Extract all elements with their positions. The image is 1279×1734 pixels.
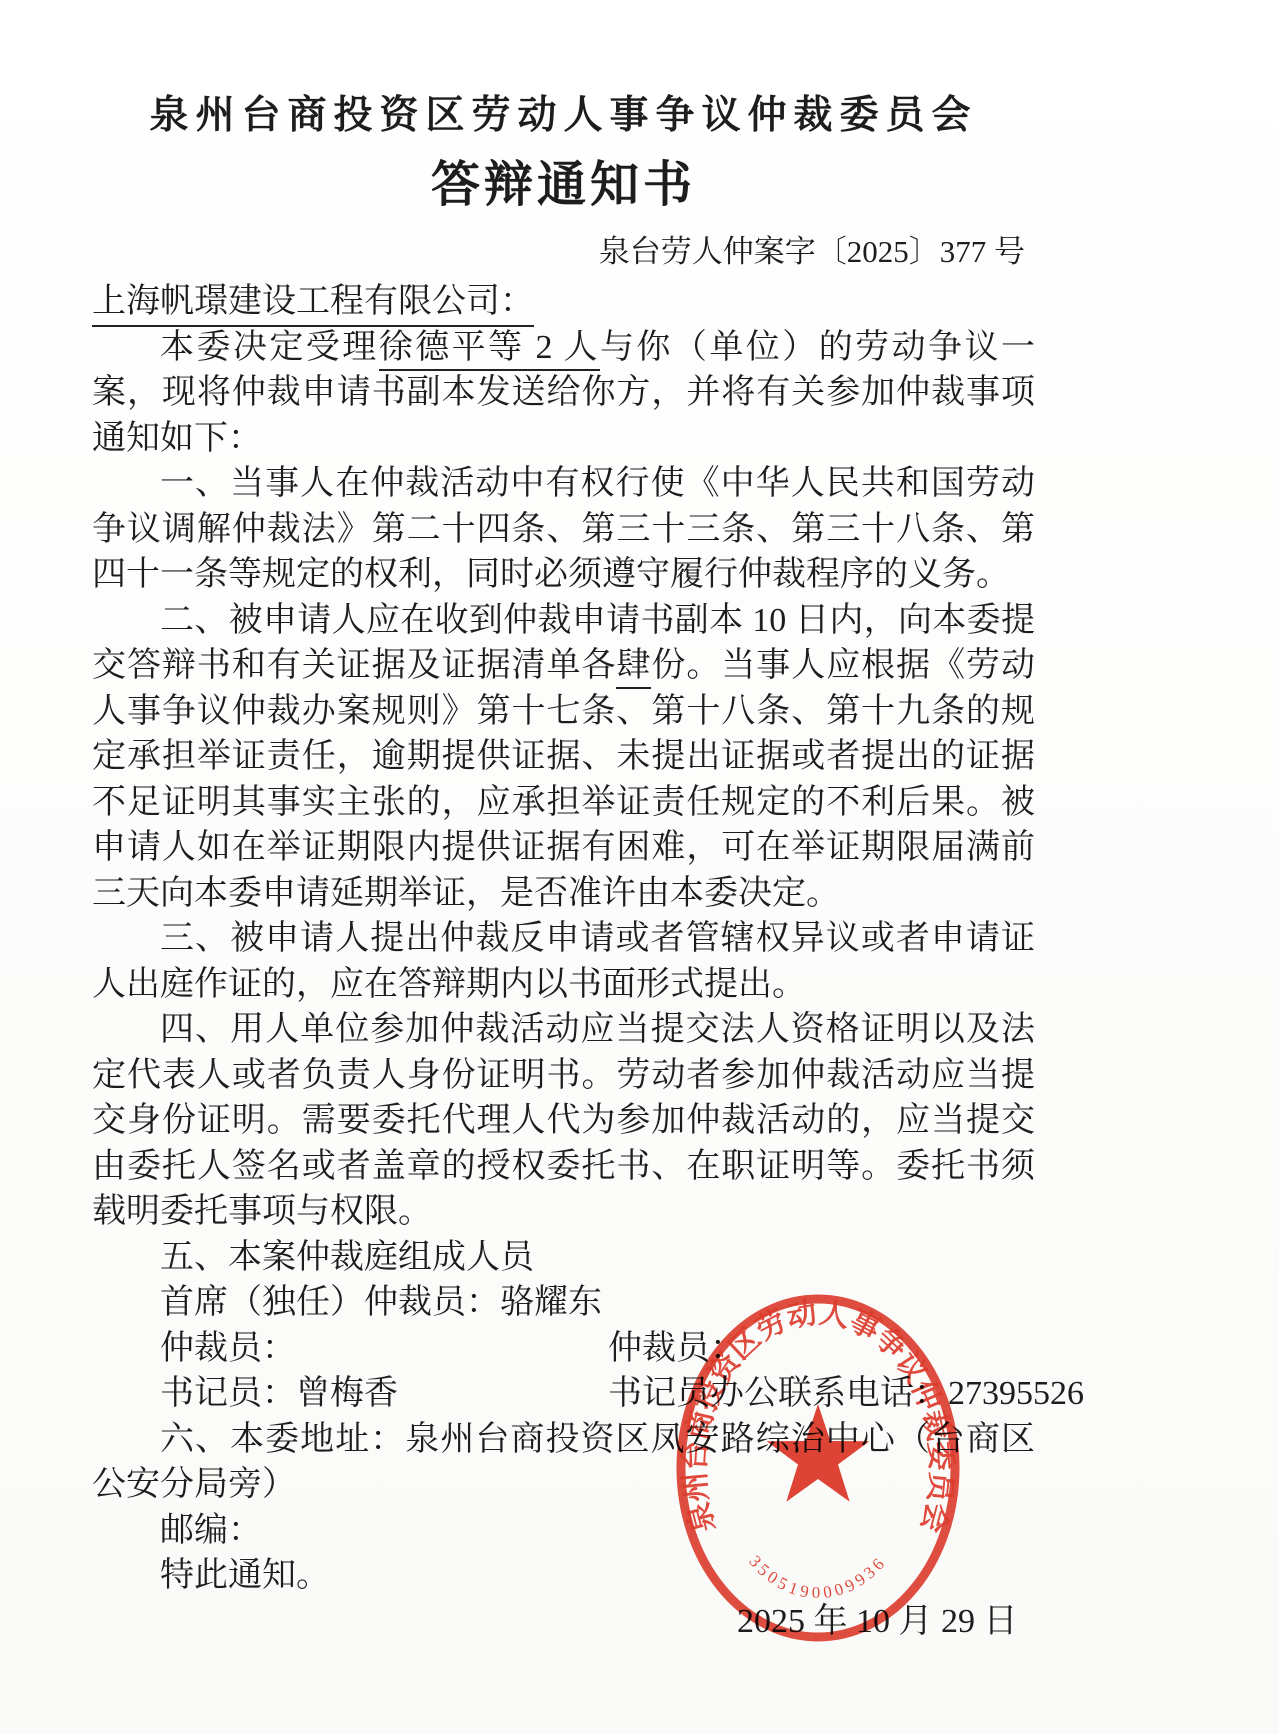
document-title: 答辩通知书	[92, 146, 1035, 216]
clerk-phone-label: 书记员办公联系电话：	[608, 1375, 948, 1412]
addressee-name: 上海帆璟建设工程有限公司：	[92, 283, 534, 327]
addressee-line: 上海帆璟建设工程有限公司：	[92, 279, 1035, 325]
closing-line: 特此通知。	[92, 1553, 1035, 1599]
copies-count-underlined: 肆	[616, 647, 651, 689]
document-body: 上海帆璟建设工程有限公司： 本委决定受理徐德平等 2 人与你（单位）的劳动争议一…	[92, 279, 1035, 1644]
issuing-organization-title: 泉州台商投资区劳动人事争议仲裁委员会	[92, 84, 1035, 140]
applicant-name-underlined: 徐德平等 2 人	[379, 329, 600, 371]
clause-5-heading: 五、本案仲裁庭组成人员	[92, 1235, 1035, 1281]
postcode-line: 邮编：	[92, 1508, 1035, 1554]
case-number: 泉台劳人仲案字〔2025〕377 号	[92, 226, 1035, 271]
intro-pre: 本委决定受理	[160, 329, 379, 366]
arbitrator-label-2: 仲裁员：	[608, 1326, 744, 1372]
document-content: 泉州台商投资区劳动人事争议仲裁委员会 答辩通知书 泉台劳人仲案字〔2025〕37…	[92, 84, 1035, 1644]
clerk-cell: 书记员：曾梅香	[160, 1371, 608, 1417]
chief-arbitrator-line: 首席（独任）仲裁员：骆耀东	[92, 1280, 1035, 1326]
intro-paragraph: 本委决定受理徐德平等 2 人与你（单位）的劳动争议一案，现将仲裁申请书副本发送给…	[92, 325, 1035, 462]
clerk-name: 曾梅香	[296, 1375, 398, 1412]
clerk-line: 书记员：曾梅香 书记员办公联系电话：27395526	[92, 1371, 1035, 1417]
chief-arbitrator-label: 首席（独任）仲裁员：	[160, 1284, 500, 1321]
clause-2: 二、被申请人应在收到仲裁申请书副本 10 日内，向本委提交答辩书和有关证据及证据…	[92, 598, 1035, 917]
clause-6-address: 六、本委地址：泉州台商投资区凤安路综治中心（台商区公安分局旁）	[92, 1417, 1035, 1508]
arbitrator-label-1: 仲裁员：	[160, 1326, 608, 1372]
chief-arbitrator-name: 骆耀东	[500, 1284, 602, 1321]
clerk-label: 书记员：	[160, 1375, 296, 1412]
clerk-phone-cell: 书记员办公联系电话：27395526	[608, 1371, 1084, 1417]
clerk-phone-number: 27395526	[948, 1375, 1084, 1412]
scanned-document-page: 泉州台商投资区劳动人事争议仲裁委员会 答辩通知书 泉台劳人仲案字〔2025〕37…	[0, 0, 1279, 1734]
issue-date: 2025 年 10 月 29 日	[92, 1599, 1035, 1645]
clause-1: 一、当事人在仲裁活动中有权行使《中华人民共和国劳动争议调解仲裁法》第二十四条、第…	[92, 461, 1035, 598]
clause-2-post: 份。当事人应根据《劳动人事争议仲裁办案规则》第十七条、第十八条、第十九条的规定承…	[92, 647, 1035, 912]
clause-3: 三、被申请人提出仲裁反申请或者管辖权异议或者申请证人出庭作证的，应在答辩期内以书…	[92, 916, 1035, 1007]
clause-4: 四、用人单位参加仲裁活动应当提交法人资格证明以及法定代表人或者负责人身份证明书。…	[92, 1007, 1035, 1235]
arbitrators-line: 仲裁员： 仲裁员：	[92, 1326, 1035, 1372]
